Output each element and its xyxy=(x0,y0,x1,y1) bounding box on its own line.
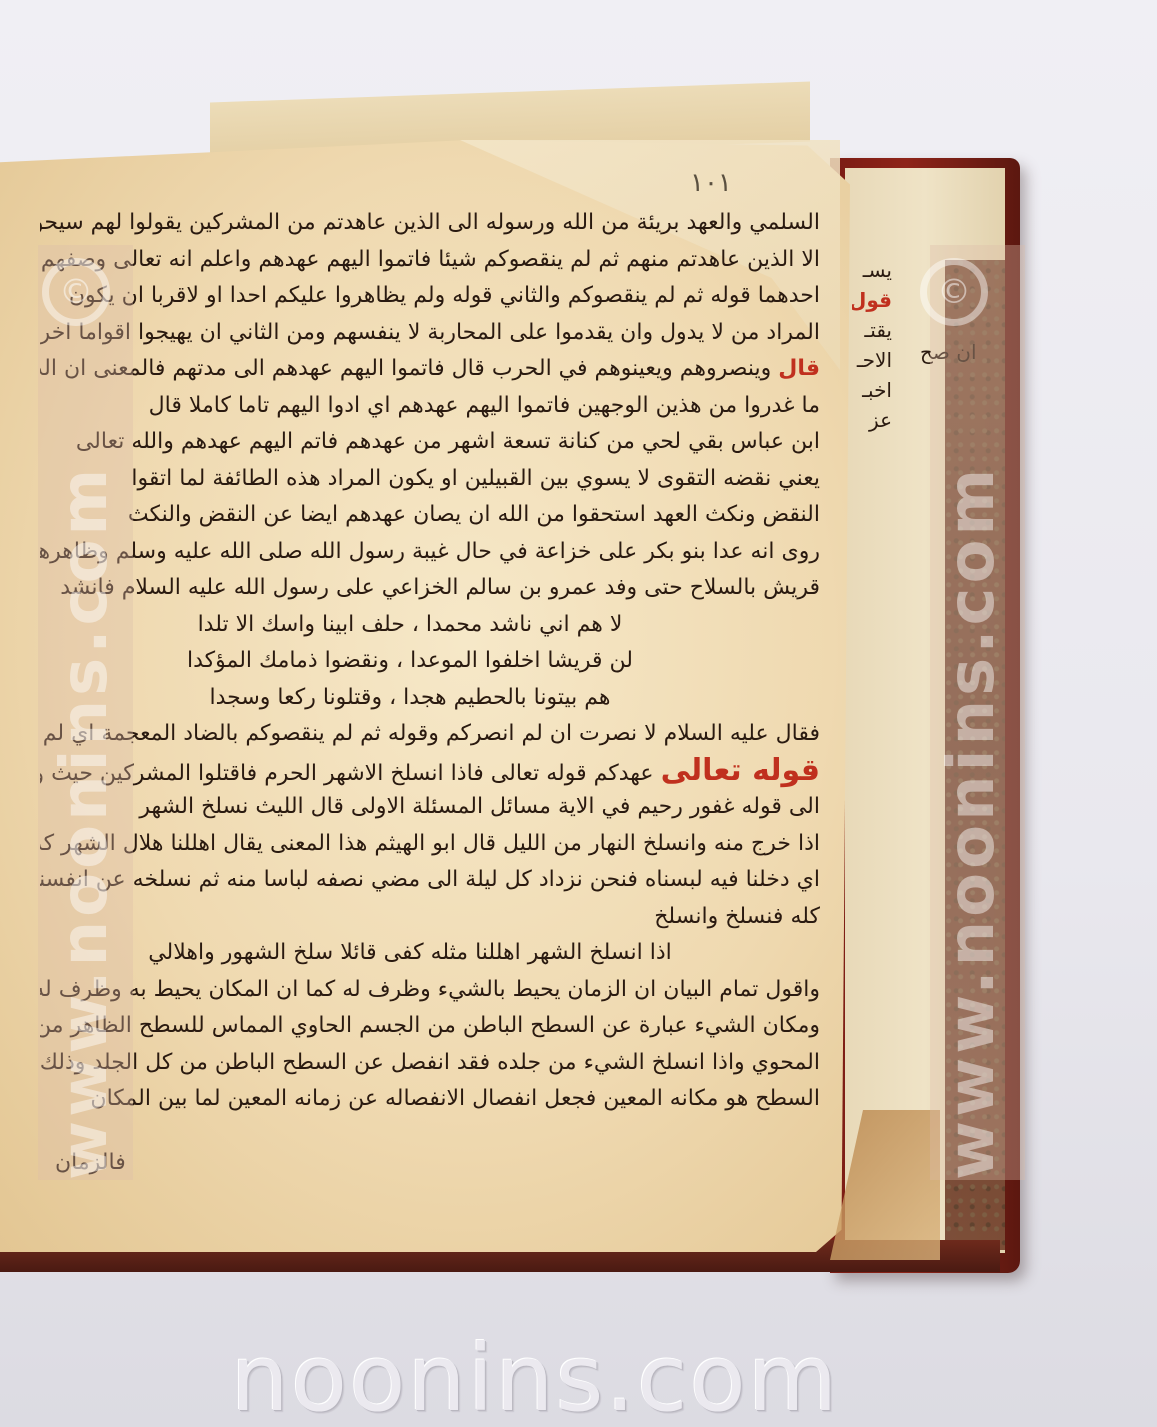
manuscript-text: السلمي والعهد بريئة من الله ورسوله الى ا… xyxy=(40,205,820,1118)
text-line: قريش بالسلاح حتى وفد عمرو بن سالم الخزاع… xyxy=(40,570,820,607)
text-line: فقال عليه السلام لا نصرت ان لم انصركم وق… xyxy=(40,716,820,753)
verse-line: لن قريشا اخلفوا الموعدا ، ونقضوا ذمامك ا… xyxy=(40,643,820,680)
verse-line: لا هم اني ناشد محمدا ، حلف ابينا واسك ال… xyxy=(40,607,820,644)
text-line: الا الذين عاهدتم منهم ثم لم ينقصوكم شيئا… xyxy=(40,242,820,279)
folio-number: ١٠١ xyxy=(690,168,732,198)
text-line: السلمي والعهد بريئة من الله ورسوله الى ا… xyxy=(40,205,820,242)
underlying-page-text: يسـ قول يقتـ الاحـ اخبـ عز xyxy=(852,255,892,435)
watermark-bottom: noonins.com xyxy=(215,1325,855,1427)
watermark-vertical-left: www.noonins.com xyxy=(48,465,122,1180)
watermark-vertical-right: www.noonins.com xyxy=(935,465,1009,1180)
text-line: احدهما قوله ثم لم ينقصوكم والثاني قوله و… xyxy=(40,278,820,315)
text-line: الى قوله غفور رحيم في الاية مسائل المسئل… xyxy=(40,789,820,826)
text-line: النقض ونكث العهد استحقوا من الله ان يصان… xyxy=(40,497,820,534)
text-line: يعني نقضه التقوى لا يسوي بين القبيلين او… xyxy=(40,461,820,498)
text-line: ومكان الشيء عبارة عن السطح الباطن من الج… xyxy=(40,1008,820,1045)
red-mark: قال xyxy=(778,356,820,381)
verse-line: اذا انسلخ الشهر اهللنا مثله كفى قائلا سل… xyxy=(40,935,820,972)
text-line: روى انه عدا بنو بكر على خزاعة في حال غيب… xyxy=(40,534,820,571)
text-line: قوله تعالى عهدكم قوله تعالى فاذا انسلخ ا… xyxy=(40,753,820,790)
text-line: المراد من لا يدول وان يقدموا على المحارب… xyxy=(40,315,820,352)
text-line: ابن عباس بقي لحي من كنانة تسعة اشهر من ع… xyxy=(40,424,820,461)
copyright-icon: © xyxy=(920,258,988,326)
text-line: قال وينصروهم ويعينوهم في الحرب قال فاتمو… xyxy=(40,351,820,388)
text-line: اي دخلنا فيه لبسناه فنحن نزداد كل ليلة ا… xyxy=(40,862,820,899)
text-line: ما غدروا من هذين الوجهين فاتموا اليهم عه… xyxy=(40,388,820,425)
text-line: واقول تمام البيان ان الزمان يحيط بالشيء … xyxy=(40,972,820,1009)
manuscript-photo: ١٠١ السلمي والعهد بريئة من الله ورسوله ا… xyxy=(0,0,1157,1427)
text-line: كله فنسلخ وانسلخ xyxy=(40,899,820,936)
rubric-heading: قوله تعالى xyxy=(661,753,820,788)
verse-line: هم بيتونا بالحطيم هجدا ، وقتلونا ركعا وس… xyxy=(40,680,820,717)
copyright-icon: © xyxy=(42,258,110,326)
text-line: المحوي واذا انسلخ الشيء من جلده فقد انفص… xyxy=(40,1045,820,1082)
text-line: السطح هو مكانه المعين فجعل انفصال الانفص… xyxy=(40,1081,820,1118)
text-line: اذا خرج منه وانسلخ النهار من الليل قال ا… xyxy=(40,826,820,863)
